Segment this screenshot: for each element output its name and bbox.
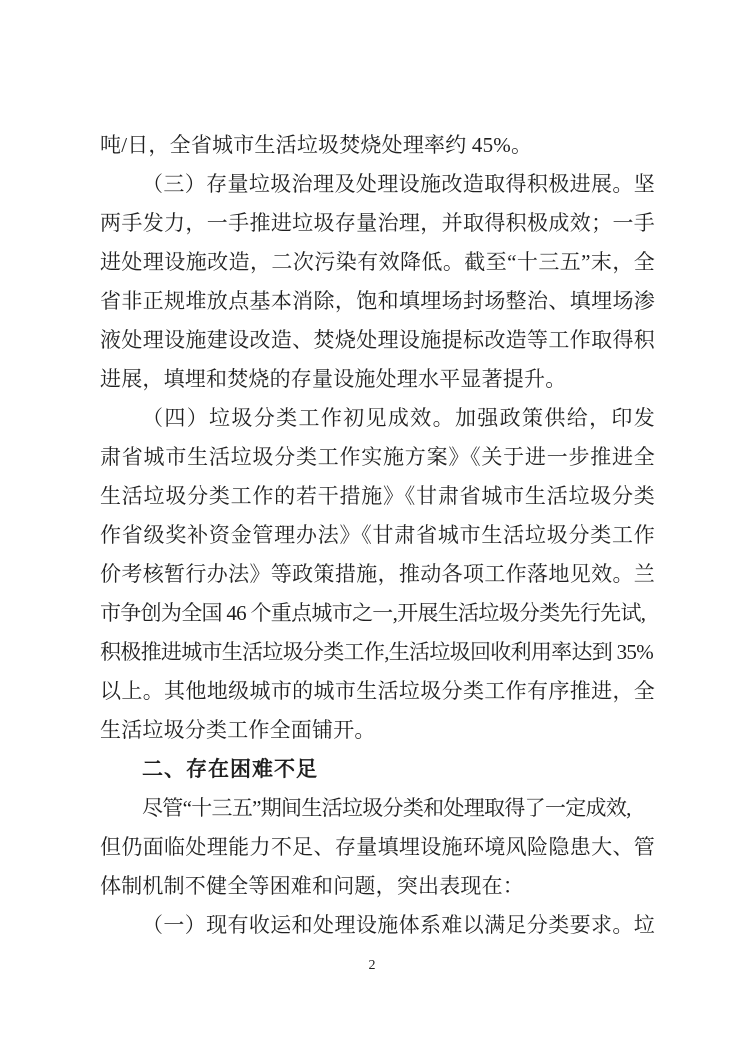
text-line: 肃省城市生活垃圾分类工作实施方案》《关于进一步推进全省 bbox=[100, 438, 655, 477]
text-line: 作省级奖补资金管理办法》《甘肃省城市生活垃圾分类工作评 bbox=[100, 516, 655, 555]
text-line: 吨/日，全省城市生活垃圾焚烧处理率约 45%。 bbox=[100, 126, 655, 165]
text-line: 但仍面临处理能力不足、存量填埋设施环境风险隐患大、管理 bbox=[100, 828, 655, 867]
text-line: 进展，填埋和焚烧的存量设施处理水平显著提升。 bbox=[100, 360, 655, 399]
text-line: 积极推进城市生活垃圾分类工作,生活垃圾回收利用率达到 35% bbox=[100, 633, 655, 672]
document-page: 吨/日，全省城市生活垃圾焚烧处理率约 45%。（三）存量垃圾治理及处理设施改造取… bbox=[0, 0, 744, 1052]
text-line: （一）现有收运和处理设施体系难以满足分类要求。垃圾 bbox=[100, 906, 655, 945]
text-line: 体制机制不健全等困难和问题，突出表现在： bbox=[100, 867, 655, 906]
text-line: 两手发力，一手推进垃圾存量治理，并取得积极成效；一手推 bbox=[100, 204, 655, 243]
text-line: 以上。其他地级城市的城市生活垃圾分类工作有序推进，全省 bbox=[100, 672, 655, 711]
text-line: 市争创为全国 46 个重点城市之一,开展生活垃圾分类先行先试, bbox=[100, 594, 655, 633]
text-line: 进处理设施改造，二次污染有效降低。截至“十三五”末，全 bbox=[100, 243, 655, 282]
text-line: 液处理设施建设改造、焚烧处理设施提标改造等工作取得积极 bbox=[100, 321, 655, 360]
text-line: 生活垃圾分类工作的若干措施》《甘肃省城市生活垃圾分类工 bbox=[100, 477, 655, 516]
text-line: （四）垃圾分类工作初见成效。加强政策供给，印发《甘 bbox=[100, 399, 655, 438]
document-body: 吨/日，全省城市生活垃圾焚烧处理率约 45%。（三）存量垃圾治理及处理设施改造取… bbox=[100, 126, 655, 945]
text-line: 价考核暂行办法》等政策措施，推动各项工作落地见效。兰州 bbox=[100, 555, 655, 594]
section-heading: 二、存在困难不足 bbox=[100, 750, 655, 789]
page-number: 2 bbox=[0, 956, 744, 976]
text-line: 省非正规堆放点基本消除，饱和填埋场封场整治、填埋场渗滤 bbox=[100, 282, 655, 321]
text-line: （三）存量垃圾治理及处理设施改造取得积极进展。坚持 bbox=[100, 165, 655, 204]
text-line: 尽管“十三五”期间生活垃圾分类和处理取得了一定成效, bbox=[100, 789, 655, 828]
text-line: 生活垃圾分类工作全面铺开。 bbox=[100, 711, 655, 750]
